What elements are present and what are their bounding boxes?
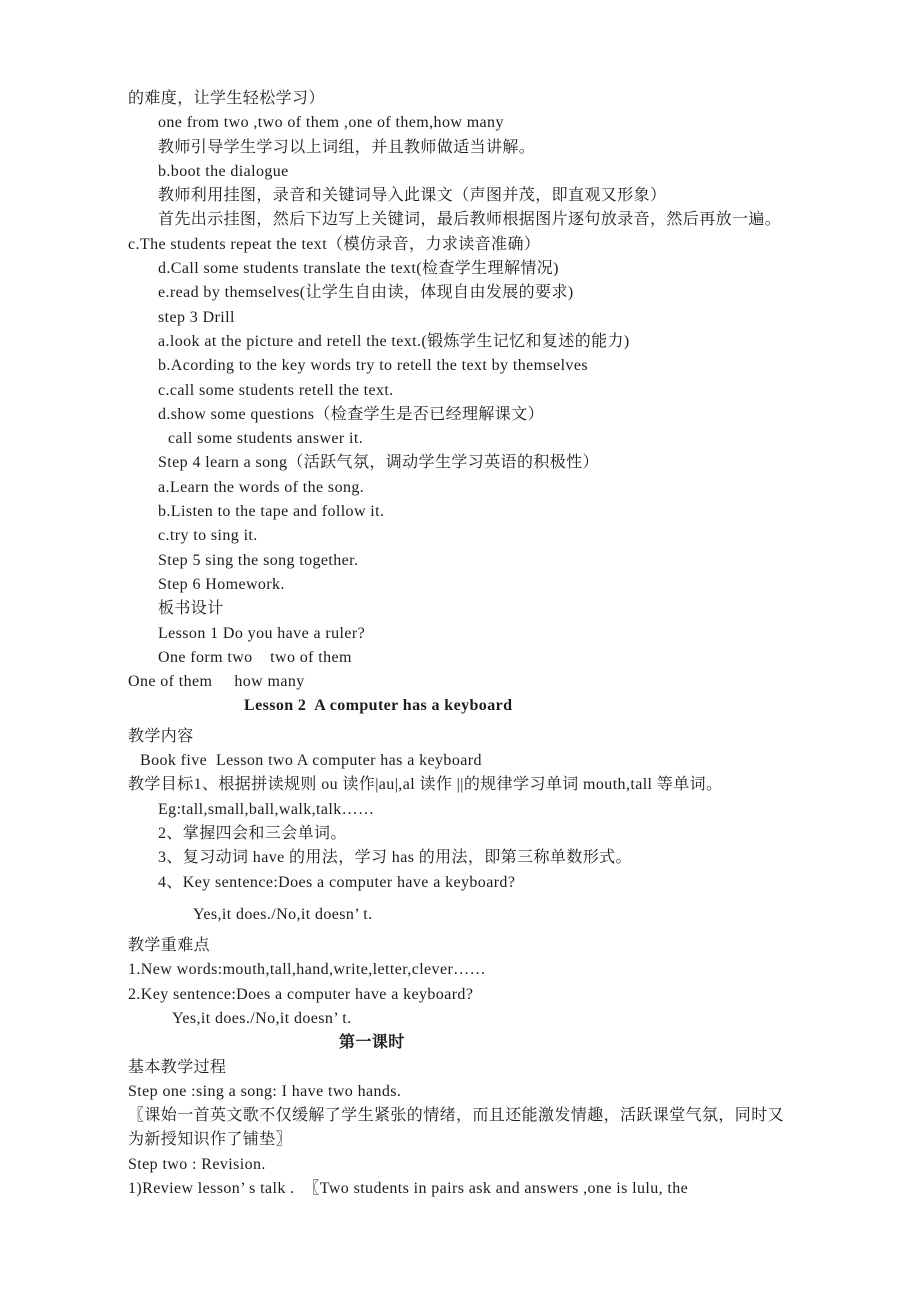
document-line: 的难度，让学生轻松学习） — [128, 87, 860, 111]
document-line: One of them how many — [128, 670, 860, 694]
document-line: 1.New words:mouth,tall,hand,write,letter… — [128, 958, 860, 982]
board-design-label: 板书设计 — [158, 597, 860, 621]
document-line: 首先出示挂图，然后下边写上关键词，最后教师根据图片逐句放录音，然后再放一遍。 — [158, 208, 860, 232]
document-line: call some students answer it. — [168, 427, 860, 451]
document-line: Step 5 sing the song together. — [158, 549, 860, 573]
document-line: Book five Lesson two A computer has a ke… — [140, 749, 860, 773]
teaching-goals-label: 教学目标1、根据拼读规则 ou 读作|au|,al 读作 ||的规律学习单词 m… — [128, 773, 860, 797]
document-line: Yes,it does./No,it doesn’ t. — [172, 1007, 860, 1031]
document-line: b.Listen to the tape and follow it. — [158, 500, 860, 524]
document-line: a.look at the picture and retell the tex… — [158, 330, 860, 354]
document-line: 2、掌握四会和三会单词。 — [158, 822, 860, 846]
document-page: 的难度，让学生轻松学习） one from two ,two of them ,… — [0, 0, 920, 1302]
document-line: 2.Key sentence:Does a computer have a ke… — [128, 983, 860, 1007]
document-line: 为新授知识作了铺垫〗 — [128, 1128, 860, 1152]
key-points-label: 教学重难点 — [128, 934, 860, 958]
document-line: Step two : Revision. — [128, 1153, 860, 1177]
document-line: d.Call some students translate the text(… — [158, 257, 860, 281]
document-line: c.try to sing it. — [158, 524, 860, 548]
document-line: e.read by themselves(让学生自由读，体现自由发展的要求) — [158, 281, 860, 305]
document-line: 3、复习动词 have 的用法，学习 has 的用法，即第三称单数形式。 — [158, 846, 860, 870]
document-line: b.Acording to the key words try to retel… — [158, 354, 860, 378]
document-line: Eg:tall,small,ball,walk,talk…… — [158, 798, 860, 822]
document-line: c.The students repeat the text（模仿录音，力求读音… — [128, 233, 860, 257]
document-line: step 3 Drill — [158, 306, 860, 330]
document-line: c.call some students retell the text. — [158, 379, 860, 403]
teaching-process-label: 基本教学过程 — [128, 1056, 860, 1080]
document-line: one from two ,two of them ,one of them,h… — [158, 111, 860, 135]
first-period-heading: 第一课时 — [339, 1031, 860, 1055]
document-line: One form two two of them — [158, 646, 860, 670]
document-line: a.Learn the words of the song. — [158, 476, 860, 500]
document-line: Step one :sing a song: I have two hands. — [128, 1080, 860, 1104]
document-line: Yes,it does./No,it doesn’ t. — [193, 903, 860, 927]
document-line: Step 4 learn a song（活跃气氛，调动学生学习英语的积极性） — [158, 451, 860, 475]
document-line: 教师引导学生学习以上词组，并且教师做适当讲解。 — [158, 136, 860, 160]
document-line: 4、Key sentence:Does a computer have a ke… — [158, 871, 860, 895]
document-line: 教师利用挂图，录音和关键词导入此课文（声图并茂，即直观又形象） — [158, 184, 860, 208]
document-line: b.boot the dialogue — [158, 160, 860, 184]
document-line: 1)Review lesson’ s talk . 〖Two students … — [128, 1177, 860, 1201]
teaching-content-label: 教学内容 — [128, 725, 860, 749]
document-line: d.show some questions（检查学生是否已经理解课文） — [158, 403, 860, 427]
document-line: Step 6 Homework. — [158, 573, 860, 597]
lesson2-heading: Lesson 2 A computer has a keyboard — [244, 694, 860, 718]
document-content: 的难度，让学生轻松学习） one from two ,two of them ,… — [0, 0, 920, 1201]
document-line: 〖课始一首英文歌不仅缓解了学生紧张的情绪，而且还能激发情趣，活跃课堂气氛，同时又 — [128, 1104, 860, 1128]
document-line: Lesson 1 Do you have a ruler? — [158, 622, 860, 646]
